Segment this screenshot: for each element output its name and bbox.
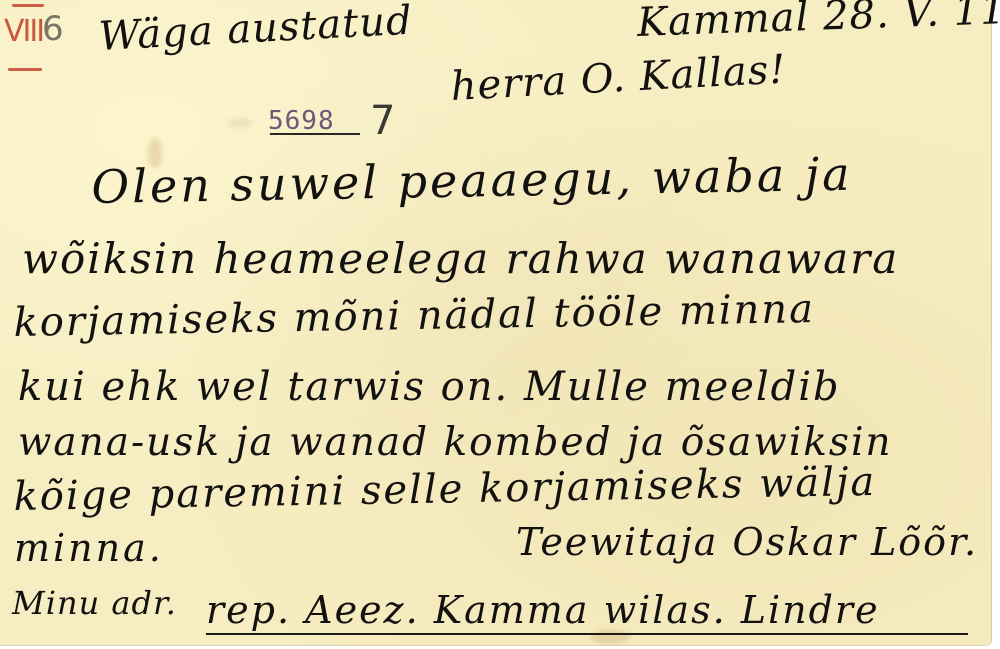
sender-address: rep. Aeez. Kamma wilas. Lindre — [206, 588, 880, 632]
archive-pencil-correction: 7 — [370, 98, 395, 144]
body-line-2: wõiksin heameelega rahwa wanawara — [22, 234, 899, 283]
body-line-1: Olen suwel peaaegu, waba ja — [91, 147, 853, 214]
body-line-6: kõige paremini selle korjamiseks wälja — [13, 459, 876, 520]
body-line-3: korjamiseks mõni nädal tööle minna — [13, 286, 815, 346]
body-line-5: wana-usk ja wanad kombed ja õsawiksin — [18, 420, 893, 465]
archive-pencil-number: 6 — [42, 9, 64, 49]
body-line-7: minna. — [14, 526, 164, 570]
archive-roman-numeral: VIII — [4, 14, 43, 49]
red-pencil-dash-bottom — [8, 68, 42, 71]
archive-stamp-number: 5698 — [268, 106, 335, 136]
address-label: Minu adr. — [12, 584, 177, 622]
salutation-line-1: Wäga austatud — [98, 0, 414, 60]
body-line-4: kui ehk wel tarwis on. Mulle meeldib — [18, 364, 841, 410]
postcard: VIII 6 5698 7 Wäga austatud Kammal 28. V… — [0, 0, 992, 646]
salutation-line-2: herra O. Kallas! — [450, 46, 788, 110]
red-pencil-dash-top — [12, 4, 44, 7]
paper-stain — [228, 118, 252, 128]
address-underline — [206, 633, 968, 635]
stamp-strikethrough — [270, 133, 360, 135]
place-date: Kammal 28. V. 11a. — [636, 0, 1000, 46]
signature: Teewitaja Oskar Lõõr. — [516, 520, 978, 564]
